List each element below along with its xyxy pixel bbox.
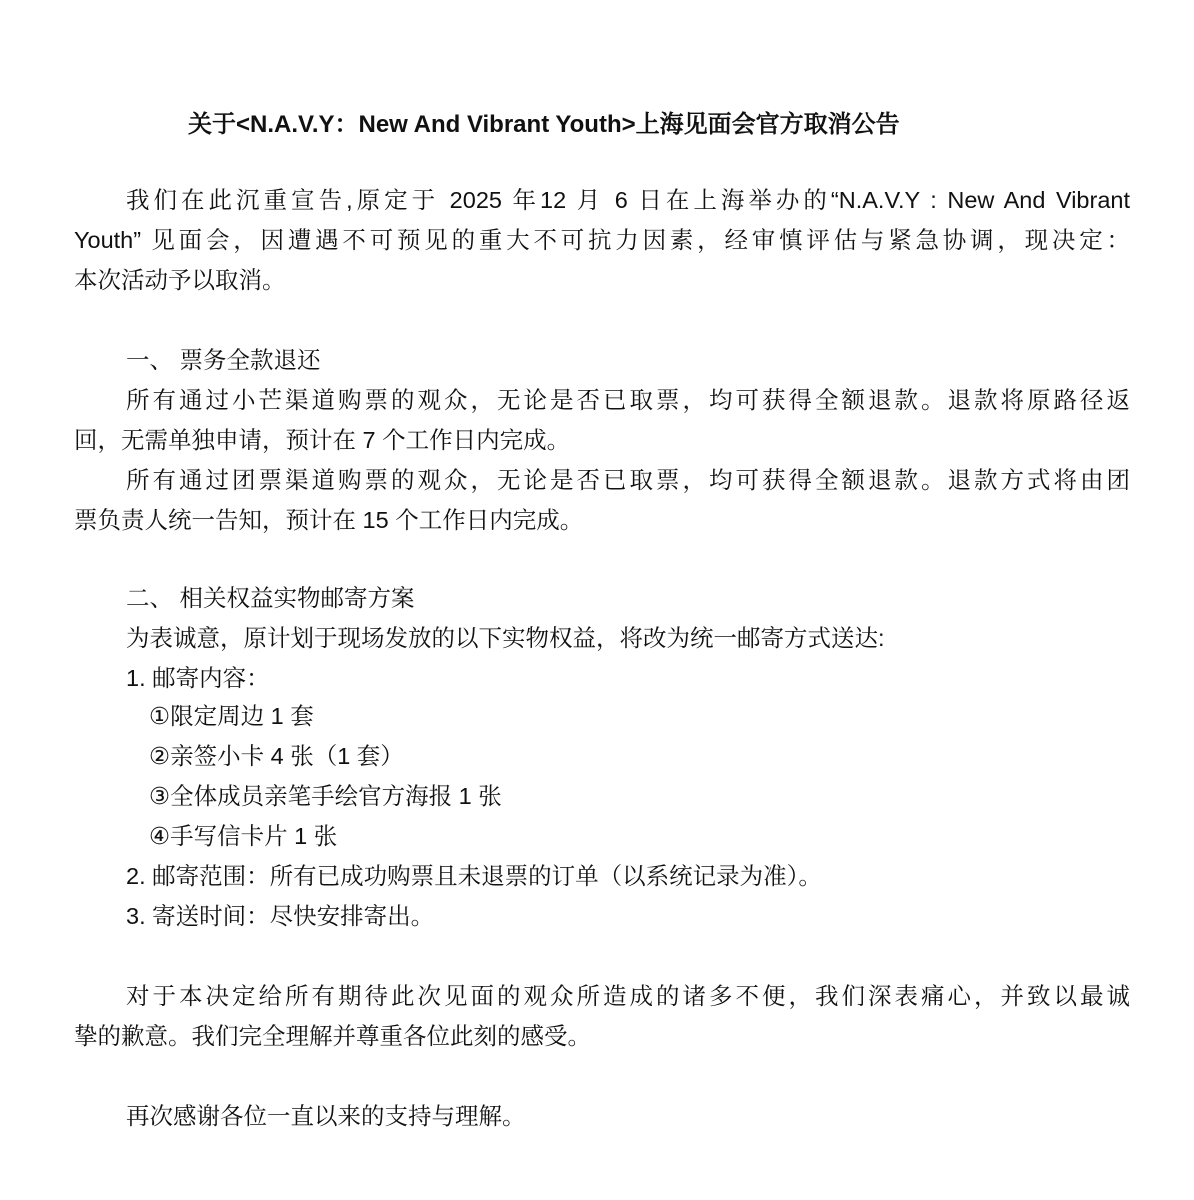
- intro-line-1: 我们在此沉重宣告,原定于 2025 年12 月 6 日在上海举办的“N.A.V.…: [126, 180, 1130, 220]
- intro-line-2: Youth” 见面会，因遭遇不可预见的重大不可抗力因素，经审慎评估与紧急协调，现…: [74, 220, 1130, 260]
- mail-time: 3. 寄送时间：尽快安排寄出。: [126, 896, 434, 936]
- mail-content-item: ①限定周边 1 套: [149, 696, 314, 736]
- mail-contents-label: 1. 邮寄内容：: [126, 658, 270, 698]
- section1-para2-line-1: 所有通过团票渠道购票的观众，无论是否已取票，均可获得全额退款。退款方式将由团: [126, 460, 1130, 500]
- section1-para1-line-2: 回，无需单独申请，预计在 7 个工作日内完成。: [74, 420, 570, 460]
- section2-intro: 为表诚意，原计划于现场发放的以下实物权益，将改为统一邮寄方式送达:: [126, 618, 885, 658]
- mail-content-item: ④手写信卡片 1 张: [149, 816, 337, 856]
- section1-para1-line-1: 所有通过小芒渠道购票的观众，无论是否已取票，均可获得全额退款。退款将原路径返: [126, 380, 1130, 420]
- intro-line-3: 本次活动予以取消。: [74, 260, 286, 300]
- section1-para2-line-2: 票负责人统一告知，预计在 15 个工作日内完成。: [74, 500, 583, 540]
- section2-heading: 二、 相关权益实物邮寄方案: [126, 578, 415, 618]
- closing-line-2: 挚的歉意。我们完全理解并尊重各位此刻的感受。: [74, 1016, 591, 1056]
- mail-scope: 2. 邮寄范围：所有已成功购票且未退票的订单（以系统记录为准）。: [126, 856, 822, 896]
- thanks-line: 再次感谢各位一直以来的支持与理解。: [126, 1096, 526, 1136]
- closing-line-1: 对于本决定给所有期待此次见面的观众所造成的诸多不便，我们深表痛心，并致以最诚: [126, 976, 1130, 1016]
- document-title: 关于<N.A.V.Y：New And Vibrant Youth>上海见面会官方…: [188, 105, 900, 145]
- section1-heading: 一、 票务全款退还: [126, 340, 321, 380]
- mail-content-item: ②亲签小卡 4 张（1 套）: [149, 736, 404, 776]
- mail-content-item: ③全体成员亲笔手绘官方海报 1 张: [149, 776, 502, 816]
